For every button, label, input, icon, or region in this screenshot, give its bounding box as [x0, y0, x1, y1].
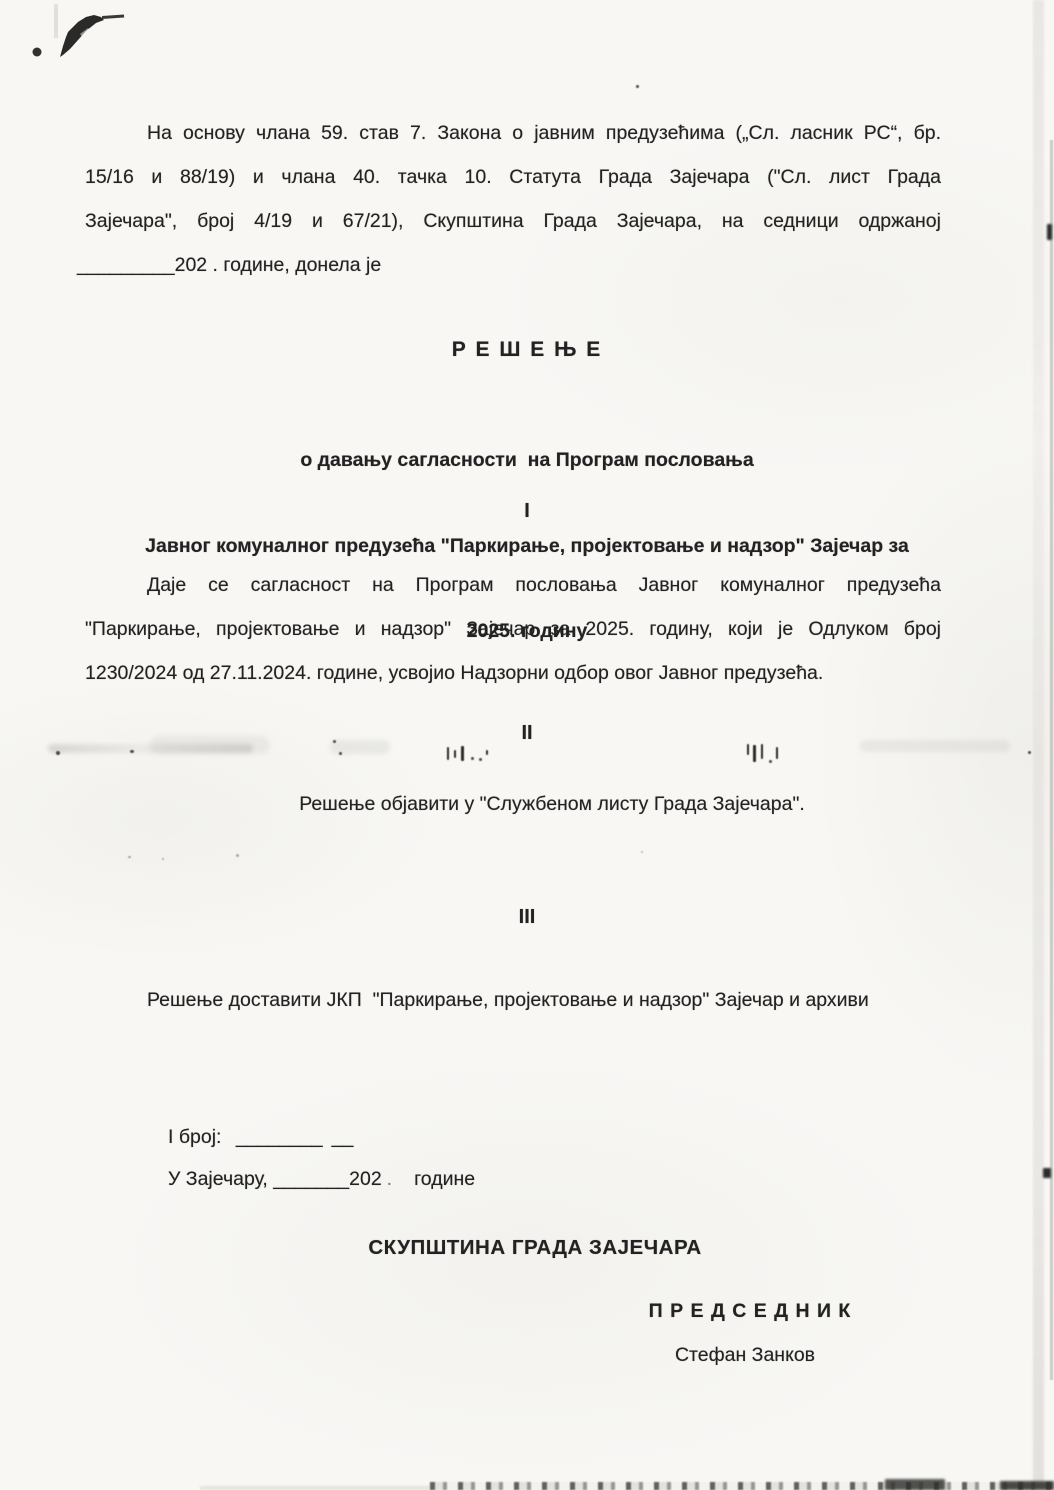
section-3-numeral: III — [10, 906, 1044, 929]
edge-notch — [1047, 224, 1052, 240]
right-edge-line — [1050, 140, 1053, 1380]
ink-blot-mark — [20, 4, 140, 74]
subtitle-line: о давању сагласности на Програм пословањ… — [10, 446, 1044, 475]
president-name: Стефан Занков — [545, 1344, 945, 1367]
intro-line-with-blank: _________202 . године, донела је — [77, 243, 933, 287]
president-title: П Р Е Д С Е Д Н И К — [550, 1300, 950, 1323]
section-3-text: Решење доставити ЈКП "Паркирање, пројект… — [85, 978, 985, 1022]
bottom-corner-smudge — [1000, 1481, 1054, 1490]
case-number-line: I број: __________ — [168, 1126, 353, 1149]
assembly-name: СКУПШТИНА ГРАДА ЗАЈЕЧАРА — [0, 1236, 1054, 1260]
section-1-line: 1230/2024 од 27.11.2024. године, усвојио… — [85, 651, 941, 695]
section-1-line: Даје се сагласност на Програм пословања … — [85, 563, 941, 607]
faint-period: . — [387, 1168, 392, 1190]
case-number-blank-short: __ — [332, 1126, 354, 1149]
section-1-line: "Паркирање, пројектовање и надзор" Зајеч… — [85, 607, 941, 651]
right-edge-shadow — [1033, 0, 1044, 1490]
section-2-numeral: II — [10, 722, 1044, 745]
year-word: године — [414, 1168, 475, 1190]
bottom-edge-artifact-faint — [200, 1486, 430, 1490]
place-date-line: У Зајечару, _______202.године — [168, 1168, 475, 1191]
edge-smudge — [1043, 1168, 1051, 1178]
section-2-text: Решење објавити у "Службеном листу Града… — [50, 793, 1054, 816]
section-1-numeral: I — [10, 500, 1044, 523]
place-date-text: У Зајечару, _______202 — [168, 1168, 382, 1190]
bottom-edge-artifact — [430, 1482, 1054, 1490]
subtitle-line: Јавног комуналног предузећа "Паркирање, … — [10, 532, 1044, 561]
intro-line: Зајечара", број 4/19 и 67/21), Скупштина… — [85, 199, 941, 243]
case-number-blank: ________ — [236, 1126, 323, 1149]
bottom-corner-smudge — [885, 1479, 945, 1490]
intro-line: 15/16 и 88/19) и члана 40. тачка 10. Ста… — [85, 155, 941, 199]
document-page: На основу члана 59. став 7. Закона о јав… — [0, 0, 1054, 1490]
document-title: Р Е Ш Е Њ Е — [10, 338, 1044, 362]
intro-line: На основу члана 59. став 7. Закона о јав… — [85, 111, 941, 155]
case-number-label: I број: — [168, 1126, 221, 1148]
paper-speck — [636, 85, 639, 88]
